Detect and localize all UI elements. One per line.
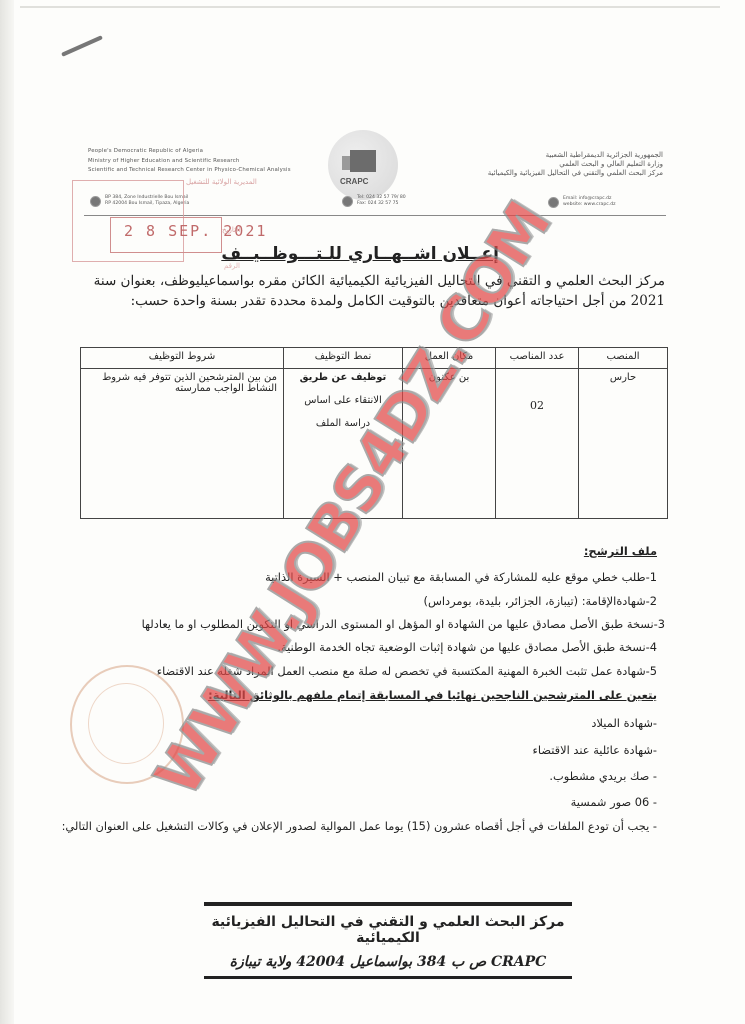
final-item: - 06 صور شمسية [571, 795, 657, 809]
file-item: 4-نسخة طبق الأصل مصادق عليها من شهادة إث… [277, 640, 657, 654]
header-phone: Tel: 024 32 57 79/ 80 Fax: 024 32 57 75 [342, 195, 406, 207]
final-item: - يجب أن تودع الملفات في أجل أقصاه عشرون… [62, 819, 657, 833]
stamp-date-label: التاريخ [222, 226, 240, 234]
header-english-line: People's Democratic Republic of Algeria [88, 147, 291, 157]
table-row: حارس 02 بن عكنون توظيف عن طريق الانتقاء … [81, 369, 668, 519]
footer-org-name: مركز البحث العلمي و التقني في التحاليل ا… [204, 914, 572, 946]
file-item: 1-طلب خطي موقع عليه للمشاركة في المسابقة… [265, 570, 657, 584]
cell-conditions: من بين المترشحين الذين تتوفر فيه شروط ال… [81, 369, 284, 519]
scan-edge [0, 0, 14, 1024]
phone-icon [342, 196, 353, 207]
file-item: 3-نسخة طبق الأصل مصادق عليها من الشهادة … [142, 617, 665, 631]
file-item: 5-شهادة عمل تثبت الخبرة المهنية المكتسبة… [157, 664, 657, 678]
header-arabic-line: الجمهورية الجزائرية الديمقراطية الشعبية [488, 151, 663, 160]
column-header-conditions: شروط التوظيف [81, 348, 284, 369]
fax-line: Fax: 024 32 57 75 [357, 201, 406, 207]
header-arabic: الجمهورية الجزائرية الديمقراطية الشعبية … [488, 151, 663, 178]
mode-line: الانتقاء على اساس [290, 395, 396, 406]
stamp-agency-text: المديرية الولائية للتشغيل [186, 178, 257, 186]
column-header-place: مكان العمل [403, 348, 496, 369]
mode-line: توظيف عن طريق [290, 372, 396, 383]
pen-mark [61, 35, 103, 57]
email-icon [548, 197, 559, 208]
header-arabic-line: مركز البحث العلمي والتقني في التحاليل ال… [488, 169, 663, 178]
cell-post: حارس [579, 369, 668, 519]
logo-cube-icon [350, 150, 376, 172]
mode-line: دراسة الملف [290, 418, 396, 429]
final-item: -شهادة الميلاد [591, 716, 657, 730]
document-page: People's Democratic Republic of Algeria … [0, 0, 745, 1024]
final-item: -شهادة عائلية عند الاقتضاء [533, 743, 658, 757]
column-header-mode: نمط التوظيف [284, 348, 403, 369]
cell-place: بن عكنون [403, 369, 496, 519]
header-contact: Email: info@crapc.dz website: www.crapc.… [548, 196, 616, 208]
page-title: إعــلان اشــهــاري للـتـــوظــيــف [221, 244, 499, 264]
column-header-post: المنصب [579, 348, 668, 369]
official-seal-inner [88, 683, 164, 764]
footer-address: CRAPC ص ب 384 بواسماعيل 42004 ولاية تيبا… [204, 954, 572, 970]
file-heading: ملف الترشح: [584, 544, 657, 558]
header-english-line: Scientific and Technical Research Center… [88, 166, 291, 176]
scan-top-edge [20, 6, 720, 8]
header-arabic-line: وزارة التعليم العالي و البحث العلمي [488, 160, 663, 169]
cell-mode: توظيف عن طريق الانتقاء على اساس دراسة ال… [284, 369, 403, 519]
stamp-date: 2 8 SEP. 2021 [124, 222, 267, 240]
final-item: - صك بريدي مشطوب. [549, 769, 657, 783]
header-english-line: Ministry of Higher Education and Scienti… [88, 157, 291, 167]
crapc-logo: CRAPC [328, 130, 398, 200]
column-header-count: عدد المناصب [496, 348, 579, 369]
file-item: 2-شهادةالإقامة: (تيبازة، الجزائر، بليدة،… [424, 594, 657, 608]
logo-text: CRAPC [340, 177, 368, 186]
table-header-row: المنصب عدد المناصب مكان العمل نمط التوظي… [81, 348, 668, 369]
footer-address-box: مركز البحث العلمي و التقني في التحاليل ا… [204, 902, 572, 979]
final-documents-heading: يتعين على المترشحين الناجحين نهائيا في ا… [208, 688, 657, 702]
header-english: People's Democratic Republic of Algeria … [88, 147, 291, 176]
intro-paragraph: مركز البحث العلمي و التقني في التحاليل ا… [65, 271, 665, 311]
cell-count: 02 [496, 369, 579, 519]
website-line: website: www.crapc.dz [563, 202, 616, 208]
positions-table: المنصب عدد المناصب مكان العمل نمط التوظي… [80, 347, 668, 519]
